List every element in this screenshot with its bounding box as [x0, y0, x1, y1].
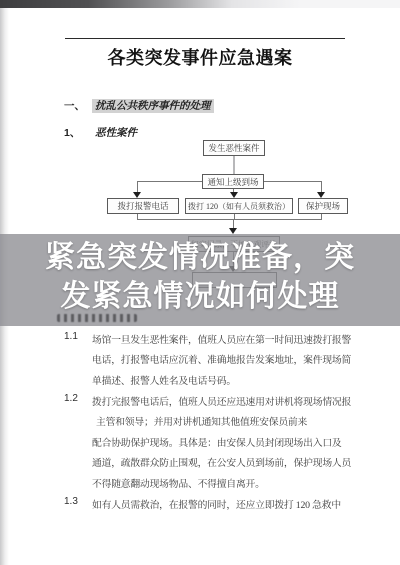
text-line: 电话，打报警电话应沉着、准确地报告发案地址，案件现场简: [92, 351, 362, 371]
section-heading-text: 扰乱公共秩序事件的处理: [92, 99, 214, 113]
text-line: 通道，疏散群众防止围观，在公安人员到场前，保护现场人员: [92, 454, 362, 474]
list-item-number: 1.1: [64, 331, 78, 342]
flowchart-box-notify: 通知上级到场: [202, 174, 264, 189]
list-item-number: 1.2: [64, 393, 78, 404]
subsection-heading: 恶性案件: [95, 125, 137, 140]
text-line: 主管和领导；并用对讲机通知其他值班安保员前来: [92, 413, 362, 433]
section-number: 一、: [64, 98, 85, 113]
connector-line: [264, 181, 322, 182]
connector-line: [233, 219, 234, 228]
list-item-number: 1.3: [64, 496, 78, 507]
connector-line: [137, 181, 138, 192]
subsection-number: 1、: [64, 125, 80, 140]
text-line: 配合协助保护现场。具体是：由安保人员封闭现场出入口及: [92, 434, 362, 454]
connector-line: [233, 156, 235, 174]
flowchart-box-call-police: 拨打报警电话: [107, 198, 179, 214]
caption-line-1: 紧急突发情况准备，突: [0, 238, 400, 277]
text-line: 不得随意翻动现场物品、不得擅自离开。: [92, 475, 362, 495]
section-heading: 扰乱公共秩序事件的处理: [92, 98, 214, 113]
flowchart-box-protect: 保护现场: [298, 198, 348, 214]
connector-line: [137, 181, 202, 182]
list-item-text: 如有人员需救治，在报警的同时，还应立即拨打 120 急救中: [92, 496, 362, 516]
illegible-text-fragment: [57, 314, 137, 322]
flowchart-box-call-120: 拨打 120（如有人员须救治）: [185, 198, 293, 214]
text-line: 单描述、报警人姓名及电话号码。: [92, 372, 362, 392]
text-line: 拨打完报警电话后，值班人员还应迅速用对讲机将现场情况报: [92, 393, 362, 413]
connector-line: [321, 181, 322, 192]
page-title: 各类突发事件应急遇案: [0, 44, 400, 70]
caption-overlay-text: 紧急突发情况准备，突 发紧急情况如何处理: [0, 238, 400, 316]
scan-edge-top: [0, 0, 400, 8]
list-item-text: 场馆一旦发生恶性案件，值班人员应在第一时间迅速拨打报警 电话，打报警电话应沉着、…: [92, 331, 362, 392]
title-rule: [65, 38, 345, 39]
text-line: 场馆一旦发生恶性案件，值班人员应在第一时间迅速拨打报警: [92, 331, 362, 351]
caption-line-2: 发紧急情况如何处理: [0, 277, 400, 316]
text-line: 如有人员需救治，在报警的同时，还应立即拨打 120 急救中: [92, 496, 362, 516]
list-item-text: 拨打完报警电话后，值班人员还应迅速用对讲机将现场情况报 主管和领导；并用对讲机通…: [92, 393, 362, 495]
flowchart-box-incident: 发生恶性案件: [203, 140, 265, 156]
connector-line: [137, 219, 322, 220]
document-page: 各类突发事件应急遇案 一、 扰乱公共秩序事件的处理 1、 恶性案件 发生恶性案件…: [0, 0, 400, 565]
